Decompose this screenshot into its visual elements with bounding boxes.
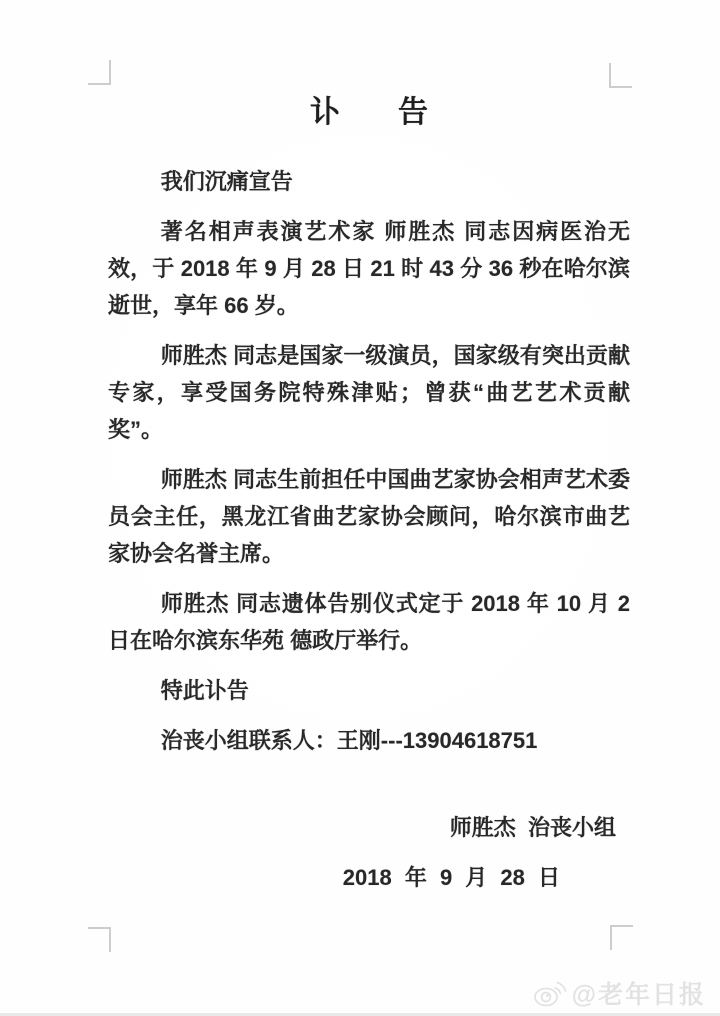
document-title: 讣 告	[108, 96, 630, 130]
paragraph-farewell-ceremony: 师胜杰 同志遗体告别仪式定于 2018 年 10 月 2 日在哈尔滨东华苑 德政…	[108, 585, 630, 659]
paragraph-positions: 师胜杰 同志生前担任中国曲艺家协会相声艺术委员会主任，黑龙江省曲艺家协会顾问，哈…	[108, 461, 630, 572]
corner-mark-bottom-right	[610, 925, 633, 950]
title-char-2: 告	[398, 96, 428, 130]
corner-mark-bottom-left	[88, 927, 111, 952]
paragraph-honors: 师胜杰 同志是国家一级演员，国家级有突出贡献专家，享受国务院特殊津贴；曾获“曲艺…	[108, 337, 630, 448]
obituary-document-page: 讣 告 我们沉痛宣告 著名相声表演艺术家 师胜杰 同志因病医治无效，于 2018…	[0, 0, 720, 1016]
document-body: 讣 告 我们沉痛宣告 著名相声表演艺术家 师胜杰 同志因病医治无效，于 2018…	[108, 0, 630, 909]
paragraph-death-notice: 著名相声表演艺术家 师胜杰 同志因病医治无效，于 2018 年 9 月 28 日…	[108, 213, 630, 324]
signature-date: 2018 年 9 月 28 日	[108, 859, 630, 896]
watermark-text: @老年日报	[572, 975, 706, 1011]
paragraph-hereby-announce: 特此讣告	[108, 672, 630, 709]
paragraph-opening: 我们沉痛宣告	[108, 163, 630, 200]
watermark: @老年日报	[533, 975, 706, 1011]
paragraph-contact-info: 治丧小组联系人：王刚---13904618751	[108, 722, 630, 759]
signature-block: 师胜杰 治丧小组 2018 年 9 月 28 日	[108, 809, 630, 896]
signature-group: 师胜杰 治丧小组	[108, 809, 630, 846]
weibo-icon	[533, 979, 567, 1007]
title-char-1: 讣	[310, 96, 340, 130]
